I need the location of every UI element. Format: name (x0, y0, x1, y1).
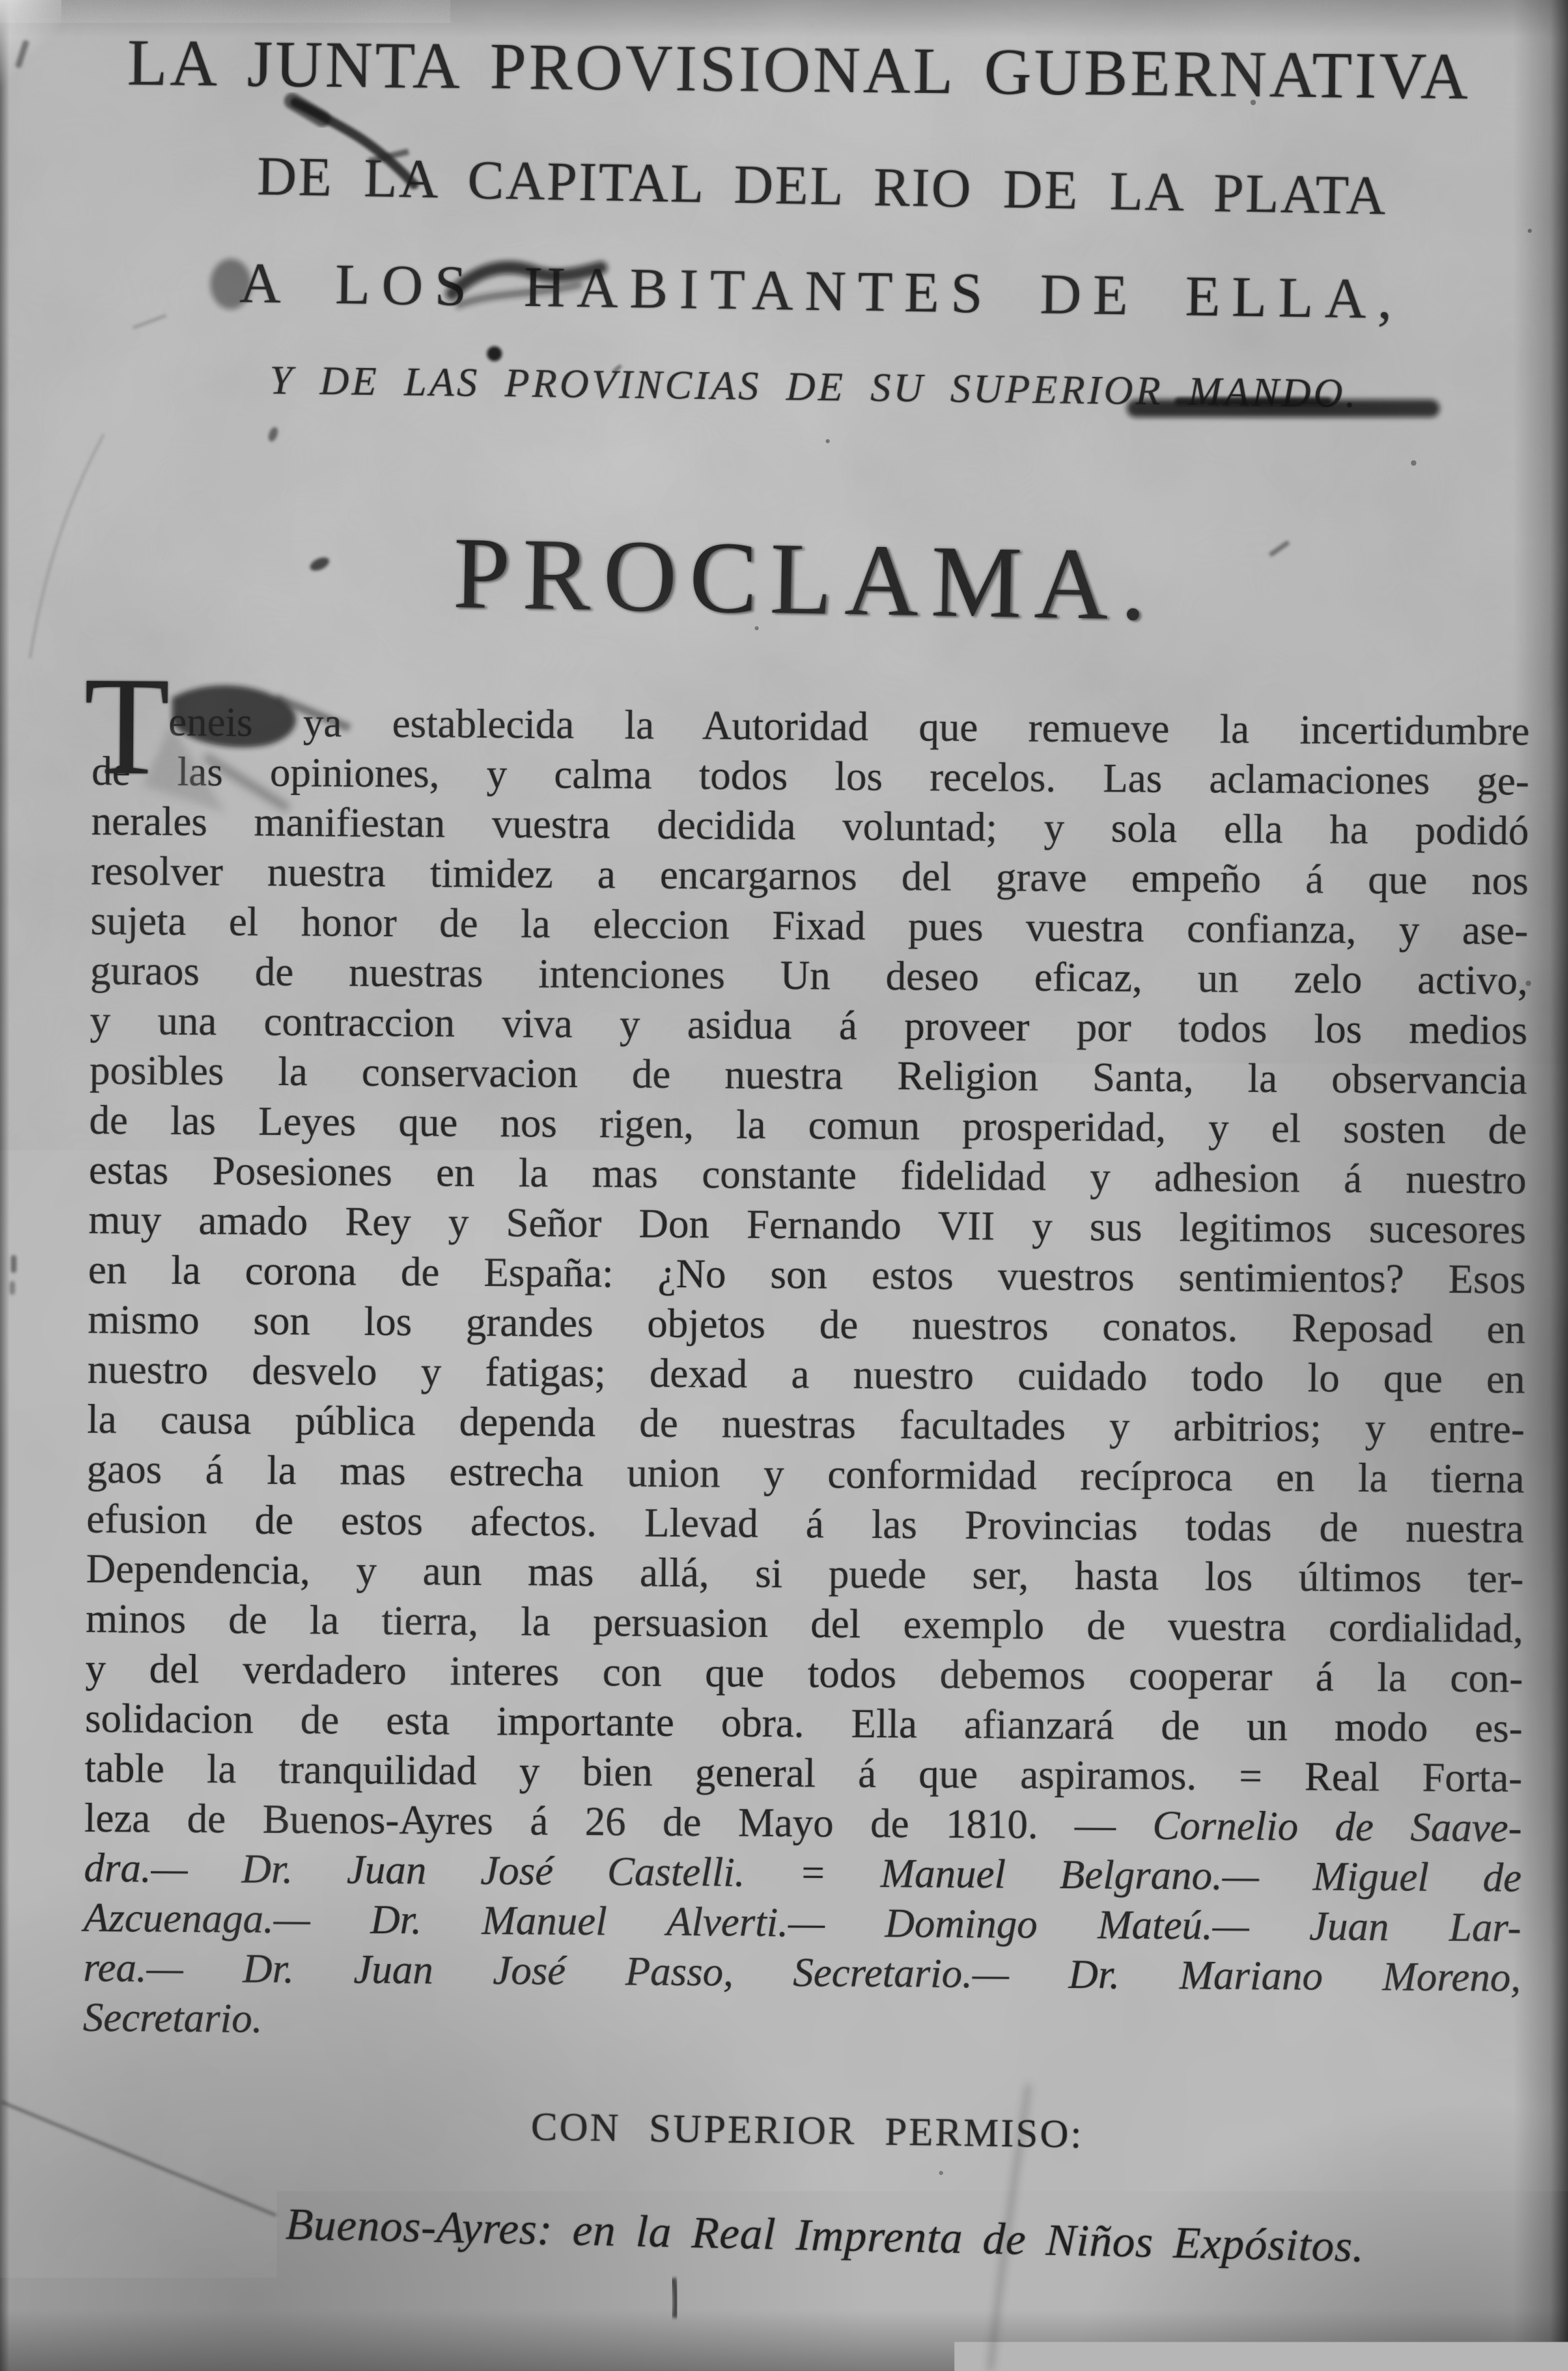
title-line-3: A LOS HABITANTES DE ELLA, (37, 247, 1568, 335)
imprint-line: Buenos-Ayres: en la Real Imprenta de Niñ… (40, 2193, 1568, 2278)
permission-line: CON SUPERIOR PERMISO: (23, 2096, 1568, 2164)
title-line-4: Y DE LAS PROVINCIAS DE SU SUPERIOR MANDO… (30, 354, 1568, 420)
body-line-signatures-end: Secretario. (83, 1993, 1520, 2053)
proclama-heading: PROCLAMA. (21, 507, 1568, 651)
proclamation-body: T eneis ya establecida la Autoridad que … (83, 697, 1530, 2053)
title-line-1: LA JUNTA PROVISIONAL GUBERNATIVA (14, 23, 1568, 115)
title-line-2: DE LA CAPITAL DEL RIO DE LA PLATA (38, 142, 1568, 232)
dateline-text: leza de Buenos-Ayres á 26 de Mayo de 181… (84, 1795, 1116, 1848)
signature-name: Cornelio de Saave- (1152, 1803, 1522, 1851)
drop-cap: T (83, 656, 170, 797)
body-line-signatures: rea.— Dr. Juan José Passo, Secretario.— … (83, 1943, 1521, 2003)
proclamation-page: LA JUNTA PROVISIONAL GUBERNATIVA DE LA C… (0, 0, 1568, 2371)
